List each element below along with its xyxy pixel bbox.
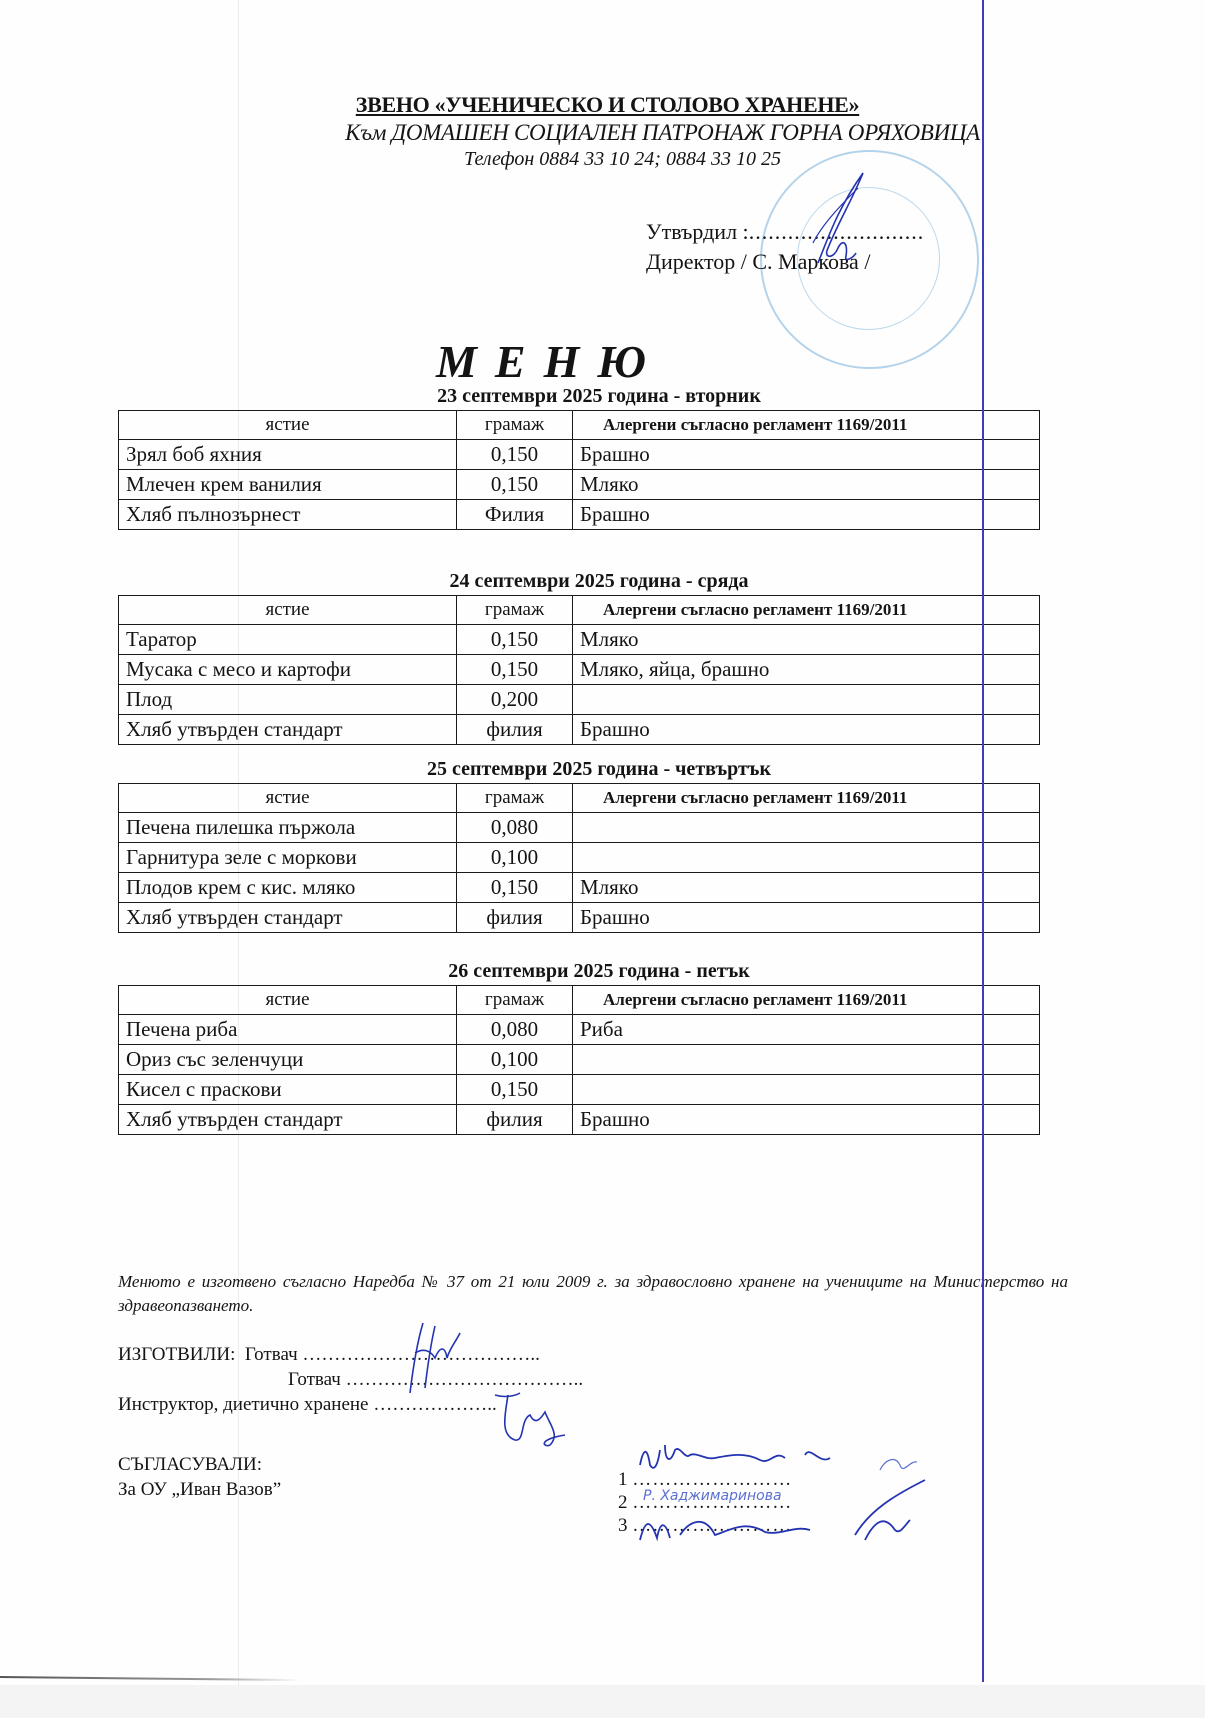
- table-row: Хляб утвърден стандартфилияБрашно: [119, 715, 1040, 745]
- cell-grams: филия: [457, 1105, 573, 1135]
- cell-allergens: Мляко: [573, 470, 1040, 500]
- instructor-line: Инструктор, диетично хранене ………………..: [118, 1394, 497, 1415]
- column-header-grams: грамаж: [457, 596, 573, 625]
- cell-grams: 0,150: [457, 655, 573, 685]
- prepared-label: ИЗГОТВИЛИ:: [118, 1344, 235, 1365]
- cell-dish: Хляб утвърден стандарт: [119, 715, 457, 745]
- table-row: Гарнитура зеле с моркови0,100: [119, 843, 1040, 873]
- prepared-by-block: ИЗГОТВИЛИ: Готвач ……………………………….. Готвач …: [118, 1342, 583, 1417]
- cell-allergens: Риба: [573, 1015, 1040, 1045]
- cell-allergens: [573, 843, 1040, 873]
- cell-dish: Хляб утвърден стандарт: [119, 1105, 457, 1135]
- organization-phone: Телефон 0884 33 10 24; 0884 33 10 25: [40, 148, 1205, 171]
- cell-dish: Печена пилешка пържола: [119, 813, 457, 843]
- cell-dish: Таратор: [119, 625, 457, 655]
- table-row: Ориз със зеленчуци0,100: [119, 1045, 1040, 1075]
- table-row: Зрял боб яхния0,150Брашно: [119, 440, 1040, 470]
- table-row: Печена пилешка пържола0,080: [119, 813, 1040, 843]
- table-row: Плод0,200: [119, 685, 1040, 715]
- menu-day: 25 септември 2025 година - четвъртъкясти…: [118, 758, 1040, 933]
- cell-grams: 0,080: [457, 813, 573, 843]
- cell-grams: 0,150: [457, 873, 573, 903]
- agreed-by-block: СЪГЛАСУВАЛИ: За ОУ „Иван Вазов”: [118, 1452, 281, 1502]
- director-signature-icon: [808, 168, 868, 268]
- cell-allergens: Брашно: [573, 715, 1040, 745]
- school-name: За ОУ „Иван Вазов”: [118, 1477, 281, 1502]
- menu-title: МЕНЮ: [0, 335, 1100, 388]
- approved-label: Утвърдил :: [646, 219, 749, 244]
- cell-allergens: Брашно: [573, 903, 1040, 933]
- cell-allergens: [573, 813, 1040, 843]
- table-header-row: ястиеграмажАлергени съгласно регламент 1…: [119, 784, 1040, 813]
- cell-allergens: [573, 1075, 1040, 1105]
- menu-table: ястиеграмажАлергени съгласно регламент 1…: [118, 985, 1040, 1135]
- signature-line: ……………………: [632, 1515, 792, 1536]
- cell-dish: Хляб утвърден стандарт: [119, 903, 457, 933]
- day-title: 24 септември 2025 година - сряда: [118, 570, 1040, 593]
- table-row: Хляб утвърден стандартфилияБрашно: [119, 1105, 1040, 1135]
- cell-dish: Печена риба: [119, 1015, 457, 1045]
- organization-title: ЗВЕНО «УЧЕНИЧЕСКО И СТОЛОВО ХРАНЕНЕ»: [10, 92, 1205, 118]
- signature-line: ……………………: [632, 1492, 792, 1513]
- cook-1-line: Готвач ………………………………..: [245, 1344, 540, 1365]
- cell-allergens: Брашно: [573, 500, 1040, 530]
- director-name: Директор / С. Маркова /: [646, 247, 924, 277]
- cell-allergens: Брашно: [573, 440, 1040, 470]
- signature-line: ……………………: [632, 1469, 792, 1490]
- cell-dish: Гарнитура зеле с моркови: [119, 843, 457, 873]
- cell-allergens: Мляко, яйца, брашно: [573, 655, 1040, 685]
- table-row: Таратор0,150Мляко: [119, 625, 1040, 655]
- cell-grams: 0,200: [457, 685, 573, 715]
- table-row: Хляб утвърден стандартфилияБрашно: [119, 903, 1040, 933]
- table-header-row: ястиеграмажАлергени съгласно регламент 1…: [119, 411, 1040, 440]
- cell-dish: Ориз със зеленчуци: [119, 1045, 457, 1075]
- margin-line: [982, 0, 984, 1682]
- menu-day: 24 септември 2025 година - срядаястиегра…: [118, 570, 1040, 745]
- menu-day: 23 септември 2025 година - вторникястиег…: [118, 385, 1040, 530]
- cell-dish: Плодов крем с кис. мляко: [119, 873, 457, 903]
- cell-allergens: Мляко: [573, 625, 1040, 655]
- column-header-allergens: Алергени съгласно регламент 1169/2011: [573, 986, 1040, 1015]
- table-row: Млечен крем ванилия0,150Мляко: [119, 470, 1040, 500]
- table-row: Кисел с праскови0,150: [119, 1075, 1040, 1105]
- column-header-grams: грамаж: [457, 986, 573, 1015]
- cell-dish: Зрял боб яхния: [119, 440, 457, 470]
- column-header-allergens: Алергени съгласно регламент 1169/2011: [573, 596, 1040, 625]
- document-header: ЗВЕНО «УЧЕНИЧЕСКО И СТОЛОВО ХРАНЕНЕ» Към…: [0, 92, 1205, 171]
- regulation-note: Менюто е изготвено съгласно Наредба № 37…: [118, 1270, 1068, 1318]
- cell-grams: 0,150: [457, 1075, 573, 1105]
- column-header-grams: грамаж: [457, 411, 573, 440]
- table-row: Печена риба0,080Риба: [119, 1015, 1040, 1045]
- column-header-dish: ястие: [119, 596, 457, 625]
- cell-dish: Хляб пълнозърнест: [119, 500, 457, 530]
- cell-grams: филия: [457, 715, 573, 745]
- cell-grams: 0,150: [457, 470, 573, 500]
- table-row: Плодов крем с кис. мляко0,150Мляко: [119, 873, 1040, 903]
- column-header-grams: грамаж: [457, 784, 573, 813]
- cell-allergens: [573, 1045, 1040, 1075]
- menu-day: 26 септември 2025 година - петъкястиегра…: [118, 960, 1040, 1135]
- column-header-allergens: Алергени съгласно регламент 1169/2011: [573, 784, 1040, 813]
- signature-line-number: 1: [618, 1469, 628, 1490]
- agreed-label: СЪГЛАСУВАЛИ:: [118, 1452, 281, 1477]
- table-header-row: ястиеграмажАлергени съгласно регламент 1…: [119, 986, 1040, 1015]
- cell-dish: Кисел с праскови: [119, 1075, 457, 1105]
- column-header-allergens: Алергени съгласно регламент 1169/2011: [573, 411, 1040, 440]
- cook-2-line: Готвач ………………………………..: [288, 1369, 583, 1390]
- table-row: Мусака с месо и картофи0,150Мляко, яйца,…: [119, 655, 1040, 685]
- cell-dish: Мусака с месо и картофи: [119, 655, 457, 685]
- day-title: 23 септември 2025 година - вторник: [118, 385, 1040, 408]
- table-row: Хляб пълнозърнестФилияБрашно: [119, 500, 1040, 530]
- cell-grams: филия: [457, 903, 573, 933]
- document-page: ЗВЕНО «УЧЕНИЧЕСКО И СТОЛОВО ХРАНЕНЕ» Към…: [0, 0, 1205, 1685]
- cell-allergens: Брашно: [573, 1105, 1040, 1135]
- organization-parent: Към ДОМАШЕН СОЦИАЛЕН ПАТРОНАЖ ГОРНА ОРЯХ…: [120, 120, 1205, 146]
- signature-line-number: 2: [618, 1492, 628, 1513]
- menu-table: ястиеграмажАлергени съгласно регламент 1…: [118, 595, 1040, 745]
- cell-grams: 0,100: [457, 843, 573, 873]
- menu-table: ястиеграмажАлергени съгласно регламент 1…: [118, 783, 1040, 933]
- cell-grams: 0,100: [457, 1045, 573, 1075]
- cell-grams: Филия: [457, 500, 573, 530]
- day-title: 26 септември 2025 година - петък: [118, 960, 1040, 983]
- cell-grams: 0,080: [457, 1015, 573, 1045]
- approval-block: Утвърдил :........................... Ди…: [646, 217, 924, 277]
- table-header-row: ястиеграмажАлергени съгласно регламент 1…: [119, 596, 1040, 625]
- cell-grams: 0,150: [457, 440, 573, 470]
- cell-allergens: Мляко: [573, 873, 1040, 903]
- day-title: 25 септември 2025 година - четвъртък: [118, 758, 1040, 781]
- column-header-dish: ястие: [119, 986, 457, 1015]
- agreed-signature-lines: 1 …………………… 2 …………………… 3 ……………………: [618, 1468, 792, 1537]
- column-header-dish: ястие: [119, 784, 457, 813]
- column-header-dish: ястие: [119, 411, 457, 440]
- signature-line-number: 3: [618, 1515, 628, 1536]
- menu-table: ястиеграмажАлергени съгласно регламент 1…: [118, 410, 1040, 530]
- cell-allergens: [573, 685, 1040, 715]
- cell-dish: Плод: [119, 685, 457, 715]
- cell-grams: 0,150: [457, 625, 573, 655]
- scan-edge-shadow: [0, 1676, 300, 1681]
- cell-dish: Млечен крем ванилия: [119, 470, 457, 500]
